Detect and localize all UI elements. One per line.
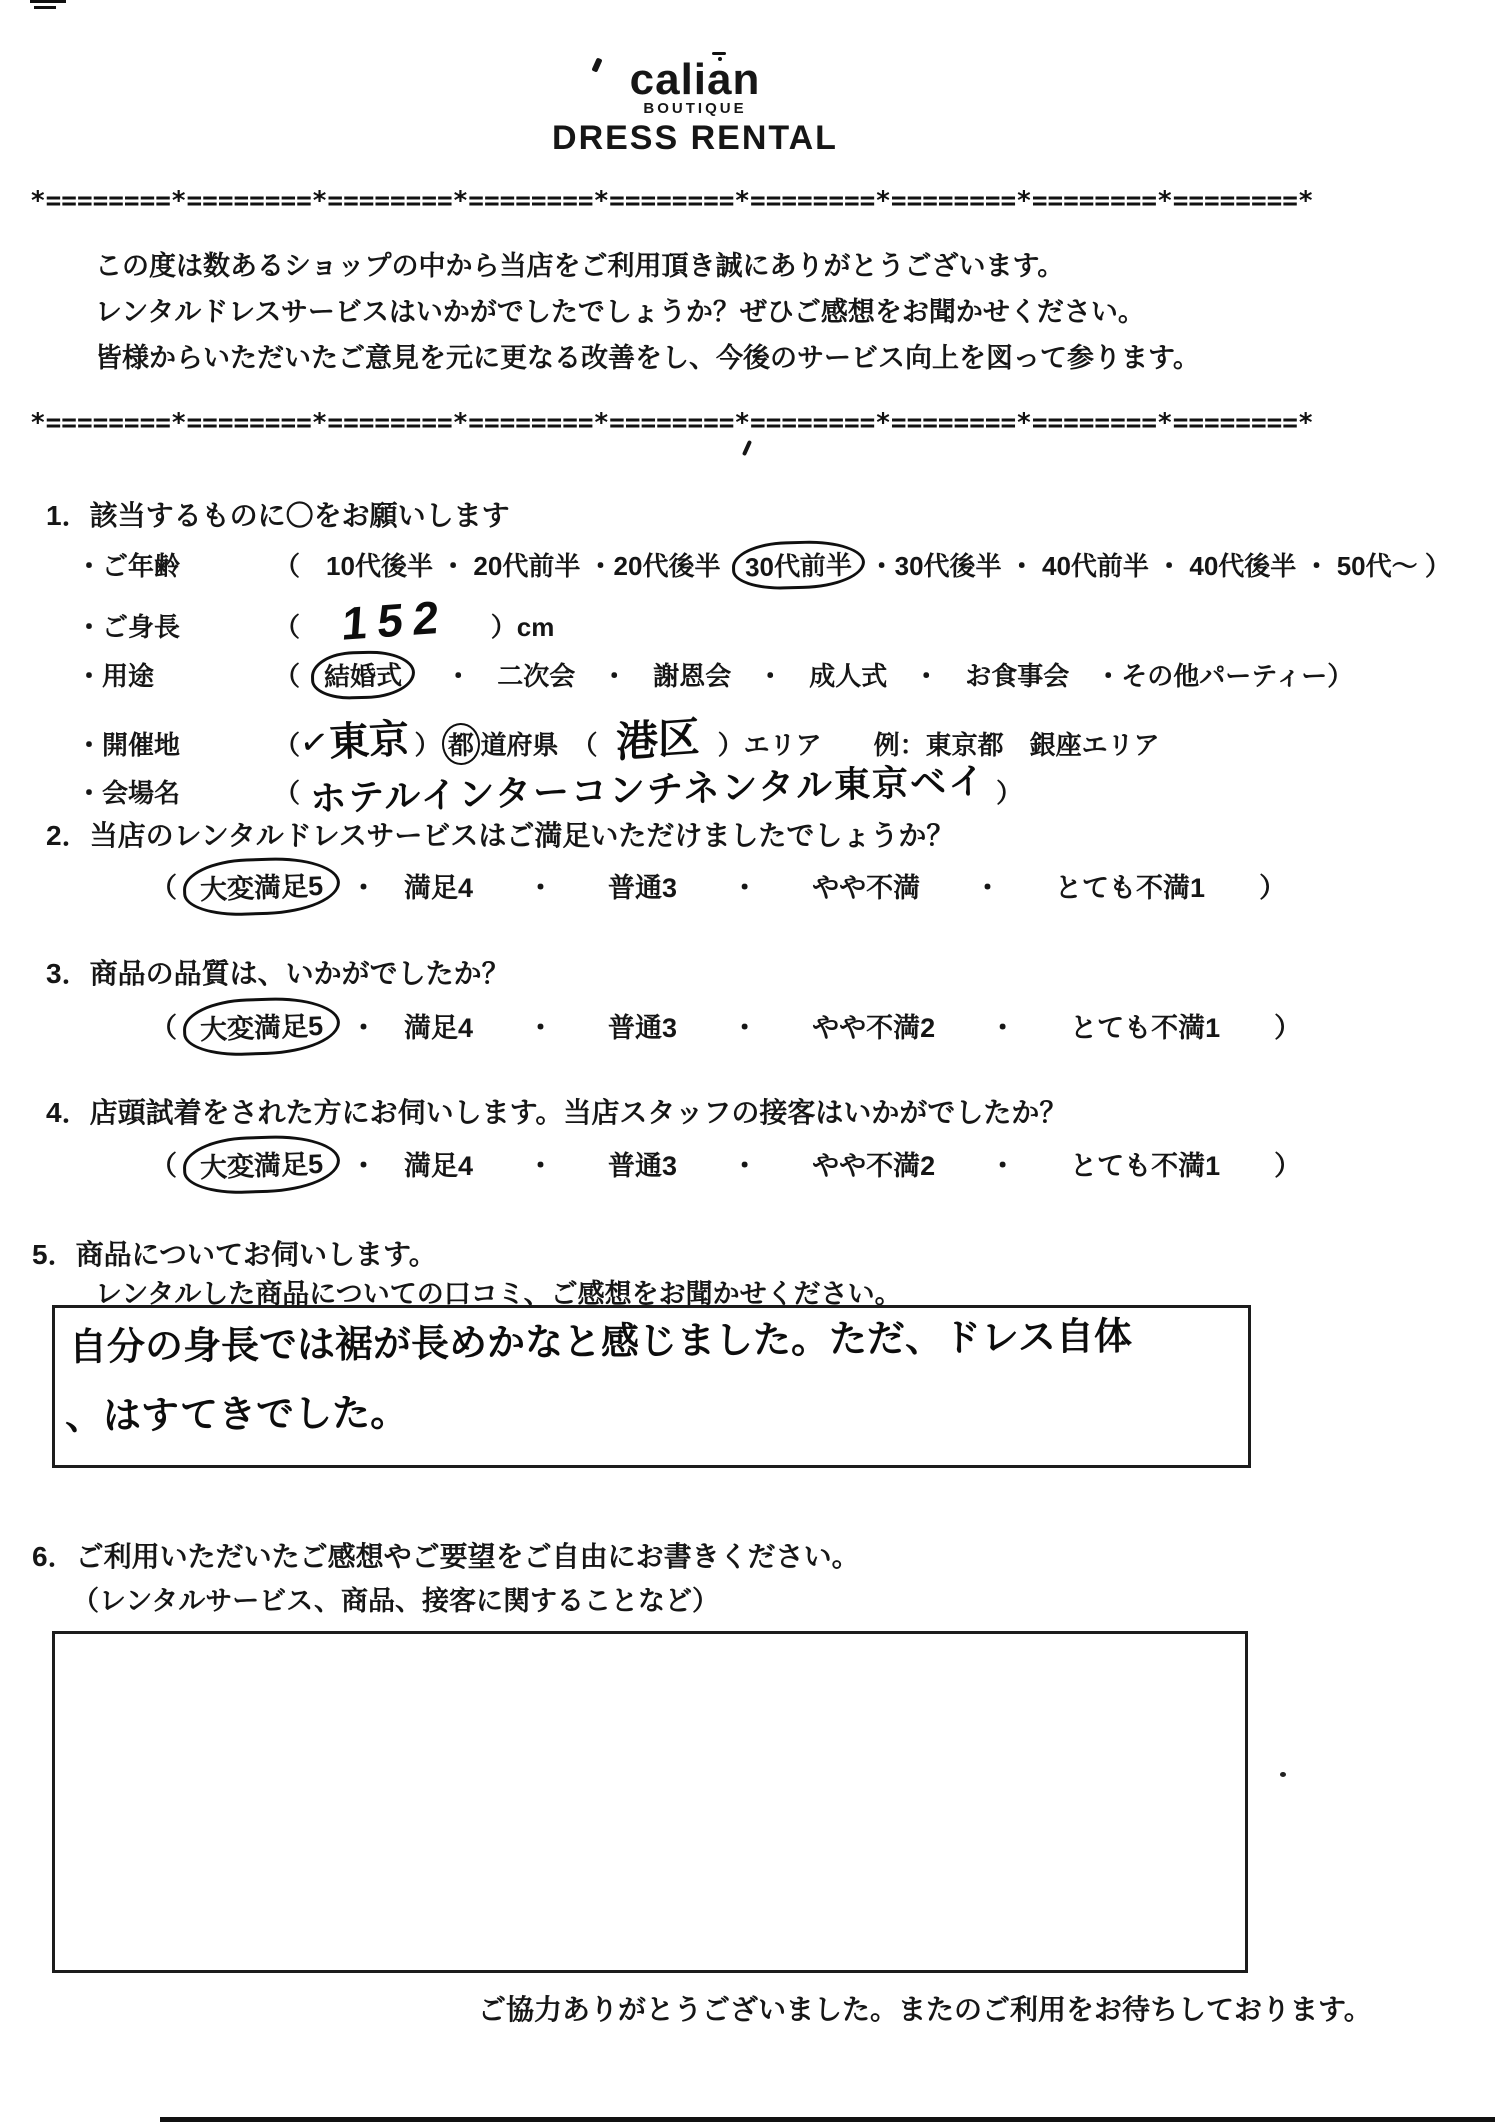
q5-heading: 5．商品についてお伺いします。 bbox=[32, 1233, 437, 1273]
page-title: DRESS RENTAL bbox=[195, 119, 1195, 158]
q4-selected: 大変満足5 bbox=[200, 1149, 324, 1183]
open-paren: （ bbox=[150, 1151, 177, 1181]
q1-age-options: 10代後半 ・ 20代前半 ・20代後半 bbox=[326, 551, 720, 581]
q2-options: ・ 満足4 ・ 普通3 ・ やや不満 ・ とても不満1 ） bbox=[350, 873, 1286, 903]
q3-options: ・ 満足4 ・ 普通3 ・ やや不満2 ・ とても不満1 ） bbox=[350, 1013, 1301, 1043]
q1-location-label: ・開催地 bbox=[76, 725, 274, 762]
intro-line: この度は数あるショップの中から当店をご利用頂き誠にありがとうございます。 bbox=[95, 243, 1200, 289]
q2-heading: 2．当店のレンタルドレスサービスはご満足いただけましたでしょうか？ bbox=[46, 814, 954, 854]
brand-logo: calian bbox=[195, 58, 1195, 102]
open-paren: （ bbox=[150, 873, 177, 903]
q1-location-row: ・開催地（✓東京）都道府県 （港区）エリア 例：東京都 銀座エリア bbox=[76, 707, 1160, 767]
q5-comment-handwritten-line: 、はすてきでした。 bbox=[65, 1381, 409, 1440]
q1-purpose-options: ・ 二次会 ・ 謝恩会 ・ 成人式 ・ お食事会 ・その他パーティー） bbox=[445, 661, 1353, 691]
q6-comment-box-empty bbox=[52, 1631, 1248, 1973]
scan-artifact-dot bbox=[1280, 1772, 1286, 1777]
q1-age-selected: 30代前半 bbox=[744, 550, 852, 583]
open-paren: （ bbox=[274, 551, 300, 581]
q6-heading: 6．ご利用いただいたご感想やご要望をご自由にお書きください。 bbox=[32, 1535, 860, 1575]
q3-options-row: （大変満足5・ 満足4 ・ 普通3 ・ やや不満2 ・ とても不満1 ） bbox=[150, 998, 1301, 1055]
q1-venue-label: ・会場名 bbox=[76, 773, 274, 810]
q1-venue-row: ・会場名（ホテルインターコンチネンタル東京ベイ） bbox=[76, 762, 1022, 813]
q2-selected-circle: 大変満足5 bbox=[182, 855, 341, 917]
q1-area-suffix: ）エリア bbox=[718, 730, 822, 760]
q1-location-value-handwritten: 東京 bbox=[327, 707, 410, 768]
footer-thanks: ご協力ありがとうございました。またのご利用をお待ちしております。 bbox=[478, 1988, 1372, 2028]
q1-height-row: ・ご身長（152）cm bbox=[76, 593, 554, 647]
open-paren: （ bbox=[274, 778, 300, 808]
q4-selected-circle: 大変満足5 bbox=[182, 1133, 341, 1195]
q4-options: ・ 満足4 ・ 普通3 ・ やや不満2 ・ とても不満1 ） bbox=[350, 1151, 1301, 1181]
q3-selected: 大変満足5 bbox=[200, 1011, 324, 1045]
logo-accent-marks bbox=[712, 52, 738, 60]
q3-selected-circle: 大変満足5 bbox=[182, 995, 341, 1057]
open-paren: （ bbox=[274, 612, 300, 642]
q5-comment-handwritten-line: 自分の身長では裾が長めかなと感じました。ただ、ドレス自体 bbox=[69, 1305, 1132, 1371]
q1-height-unit: ）cm bbox=[491, 612, 555, 642]
intro-line: 皆様からいただいたご意見を元に更なる改善をし、今後のサービス向上を図って参ります… bbox=[95, 335, 1200, 381]
q2-selected: 大変満足5 bbox=[200, 871, 324, 905]
intro-paragraph: この度は数あるショップの中から当店をご利用頂き誠にありがとうございます。 レンタ… bbox=[95, 243, 1200, 381]
q1-location-mid: 道府県 （ bbox=[481, 730, 598, 760]
q1-location-checkmark-handwritten: ✓ bbox=[297, 721, 331, 765]
q1-venue-value-handwritten: ホテルインターコンチネンタル東京ベイ bbox=[309, 753, 986, 822]
scan-artifact-tick bbox=[742, 440, 752, 456]
q1-heading: 1．該当するものに〇をお願いします bbox=[46, 494, 510, 534]
q1-purpose-selected-circle: 結婚式 bbox=[311, 650, 416, 701]
open-paren: （ bbox=[274, 661, 300, 691]
q5-comment-box: 自分の身長では裾が長めかなと感じました。ただ、ドレス自体 、はすてきでした。 bbox=[52, 1305, 1251, 1468]
q1-purpose-selected: 結婚式 bbox=[324, 660, 403, 692]
scanned-survey-page: calian BOUTIQUE DRESS RENTAL *========*=… bbox=[0, 0, 1500, 2127]
q4-options-row: （大変満足5・ 満足4 ・ 普通3 ・ やや不満2 ・ とても不満1 ） bbox=[150, 1136, 1301, 1193]
scan-artifact-top-left-2 bbox=[34, 6, 56, 9]
q1-purpose-label: ・用途 bbox=[76, 656, 274, 693]
q1-age-label: ・ご年齢 bbox=[76, 546, 274, 583]
separator-line-top: *========*========*========*========*===… bbox=[30, 186, 1314, 216]
brand-subtitle: BOUTIQUE bbox=[195, 100, 1195, 117]
separator-line-bottom: *========*========*========*========*===… bbox=[30, 408, 1314, 438]
q1-height-label: ・ご身長 bbox=[76, 607, 274, 644]
q1-age-options-after: ・30代後半 ・ 40代前半 ・ 40代後半 ・ 50代～ ） bbox=[869, 551, 1451, 581]
scan-artifact-top-left bbox=[30, 0, 66, 3]
open-paren: （ bbox=[274, 730, 300, 760]
q6-subheading: （レンタルサービス、商品、接客に関することなど） bbox=[72, 1579, 719, 1618]
open-paren: （ bbox=[150, 1013, 177, 1043]
close-paren: ） bbox=[415, 730, 441, 760]
q1-age-row: ・ご年齢（ 10代後半 ・ 20代前半 ・20代後半 30代前半・30代後半 ・… bbox=[76, 541, 1451, 589]
q1-location-selected-circle: 都 bbox=[441, 723, 480, 766]
q4-heading: 4．店頭試着をされた方にお伺いします。当店スタッフの接客はいかがでしたか？ bbox=[46, 1091, 1067, 1131]
logo-block: calian BOUTIQUE DRESS RENTAL bbox=[195, 58, 1195, 158]
q1-height-value-handwritten: 152 bbox=[340, 589, 450, 651]
close-paren: ） bbox=[996, 778, 1022, 808]
q1-purpose-row: ・用途（ 結婚式 ・ 二次会 ・ 謝恩会 ・ 成人式 ・ お食事会 ・その他パー… bbox=[76, 651, 1353, 699]
q3-heading: 3．商品の品質は、いかがでしたか？ bbox=[46, 952, 510, 992]
scan-artifact-bottom-edge bbox=[160, 2117, 1495, 2122]
intro-line: レンタルドレスサービスはいかがでしたでしょうか？ぜひご感想をお聞かせください。 bbox=[95, 289, 1200, 335]
q1-age-selected-circle: 30代前半 bbox=[731, 539, 865, 590]
q2-options-row: （大変満足5・ 満足4 ・ 普通3 ・ やや不満 ・ とても不満1 ） bbox=[150, 858, 1286, 915]
q1-location-selected: 都 bbox=[447, 730, 474, 761]
